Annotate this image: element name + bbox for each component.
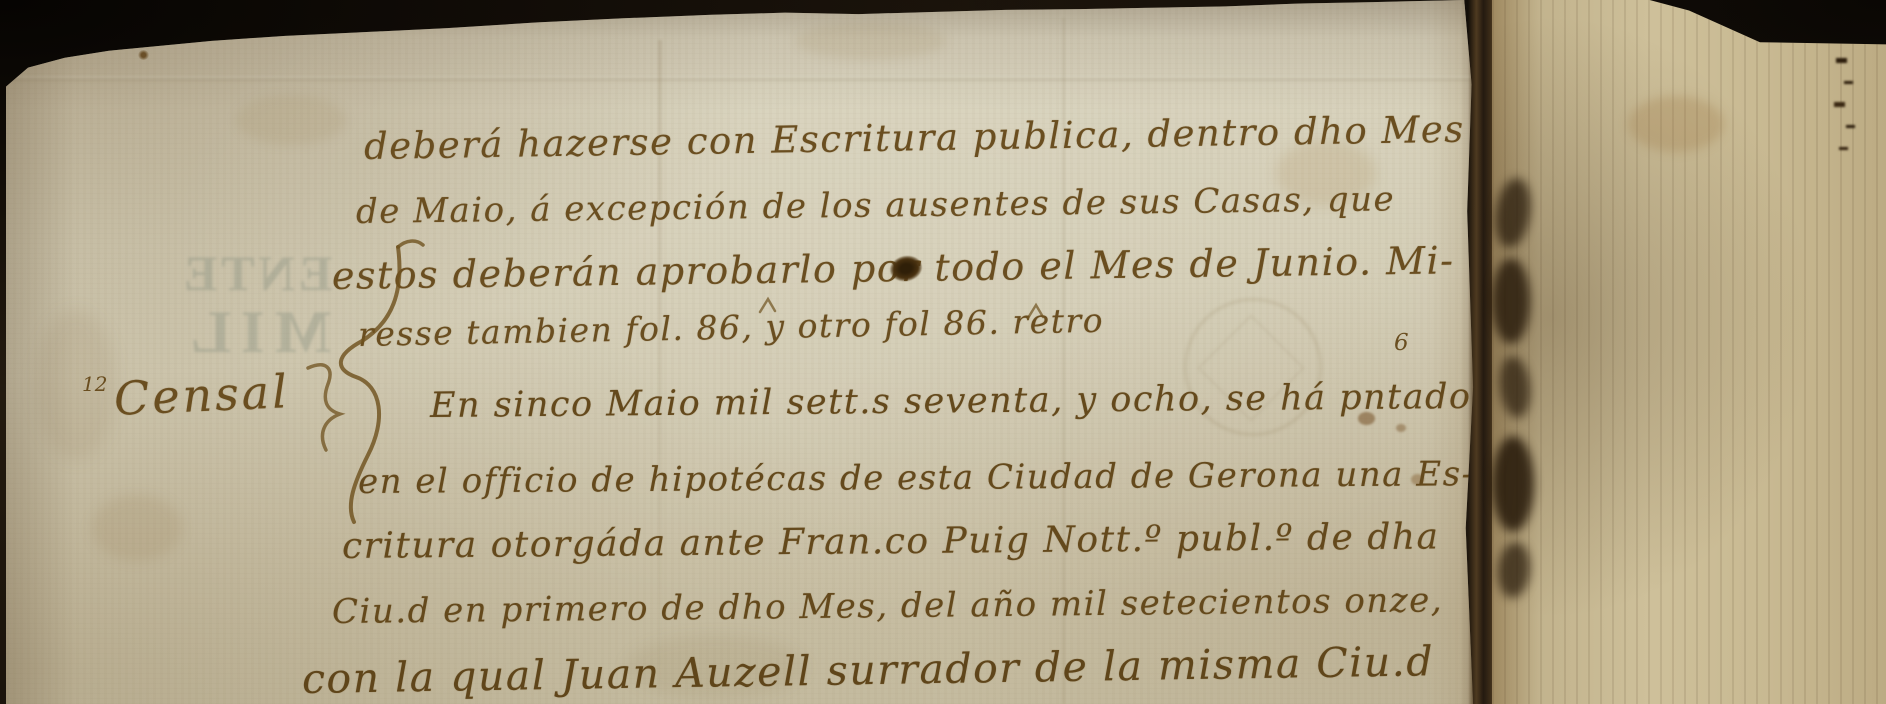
ink-spot [138,50,149,60]
manuscript-line: En sinco Maio mil sett.s seventa, y ocho… [430,377,1472,426]
horizontal-fold-crease [6,76,1476,81]
ink-specks [1836,58,1847,63]
paper-stain [92,495,182,561]
interlinear-number: 6 [1394,330,1409,356]
paper-stain [1628,96,1724,152]
showthrough-word: MIL [146,300,366,365]
manuscript-scan: ENTE MIL deberá hazerse con Escritura pu… [0,0,1886,704]
manuscript-line: en el officio de hipotécas de esta Ciuda… [358,454,1475,502]
manuscript-line: critura otorgáda ante Fran.co Puig Nott.… [342,516,1440,567]
manuscript-line: Ciu.d en primero de dho Mes, del año mil… [332,580,1443,632]
binding-gutter-shadow [1468,0,1496,704]
margin-entry-label: Censal [113,364,291,426]
manuscript-line: con la qual Juan Auzell surrador de la m… [302,637,1435,703]
ink-showthrough [1492,258,1530,344]
ink-showthrough [1492,436,1534,532]
margin-folio-number: 12 [82,372,107,396]
manuscript-page: ENTE MIL deberá hazerse con Escritura pu… [6,0,1476,704]
paper-stain [236,95,346,145]
ink-spot [1396,424,1406,432]
manuscript-line: resse tambien fol. 86, y otro fol 86. re… [358,301,1105,354]
manuscript-line: de Maio, á excepción de los ausentes de … [356,179,1396,232]
paper-stain [796,22,946,60]
